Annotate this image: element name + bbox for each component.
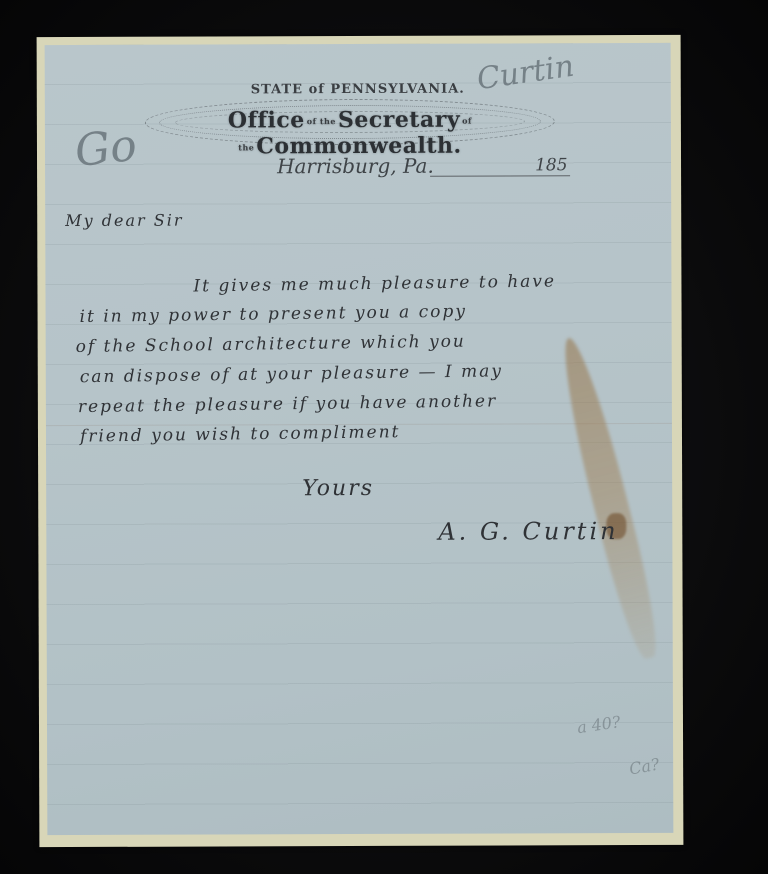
letterhead-office-ornament: Officeof theSecretaryof theCommonwealth.: [145, 98, 555, 145]
letter-sheet: STATE of PENNSYLVANIA. Officeof theSecre…: [45, 43, 674, 835]
body-line: repeat the pleasure if you have another: [78, 391, 498, 417]
letterhead-state: STATE of PENNSYLVANIA.: [45, 81, 671, 98]
secretary-word: Secretary: [338, 107, 460, 133]
letterhead-office: Officeof theSecretaryof theCommonwealth.: [145, 106, 555, 159]
date-line: [430, 175, 570, 176]
body-line: can dispose of at your pleasure — I may: [80, 361, 503, 387]
office-word: Office: [228, 107, 305, 133]
closing: Yours: [302, 476, 374, 501]
of-the-small: of the: [307, 116, 336, 126]
signature: A. G. Curtin: [438, 517, 618, 546]
salutation: My dear Sir: [65, 211, 183, 230]
body-line: friend you wish to compliment: [80, 422, 401, 446]
pencil-note-go: Go: [72, 120, 139, 177]
body-line: it in my power to present you a copy: [79, 302, 467, 327]
water-stain: [552, 334, 666, 662]
pencil-note-catalog-2: Ca?: [628, 754, 661, 778]
pencil-note-catalog: a 40?: [576, 712, 622, 737]
letterhead-year: 185: [535, 155, 568, 175]
letterhead-city: Harrisburg, Pa.: [277, 154, 434, 179]
body-line: It gives me much pleasure to have: [193, 271, 556, 296]
body-line: of the School architecture which you: [76, 332, 466, 357]
